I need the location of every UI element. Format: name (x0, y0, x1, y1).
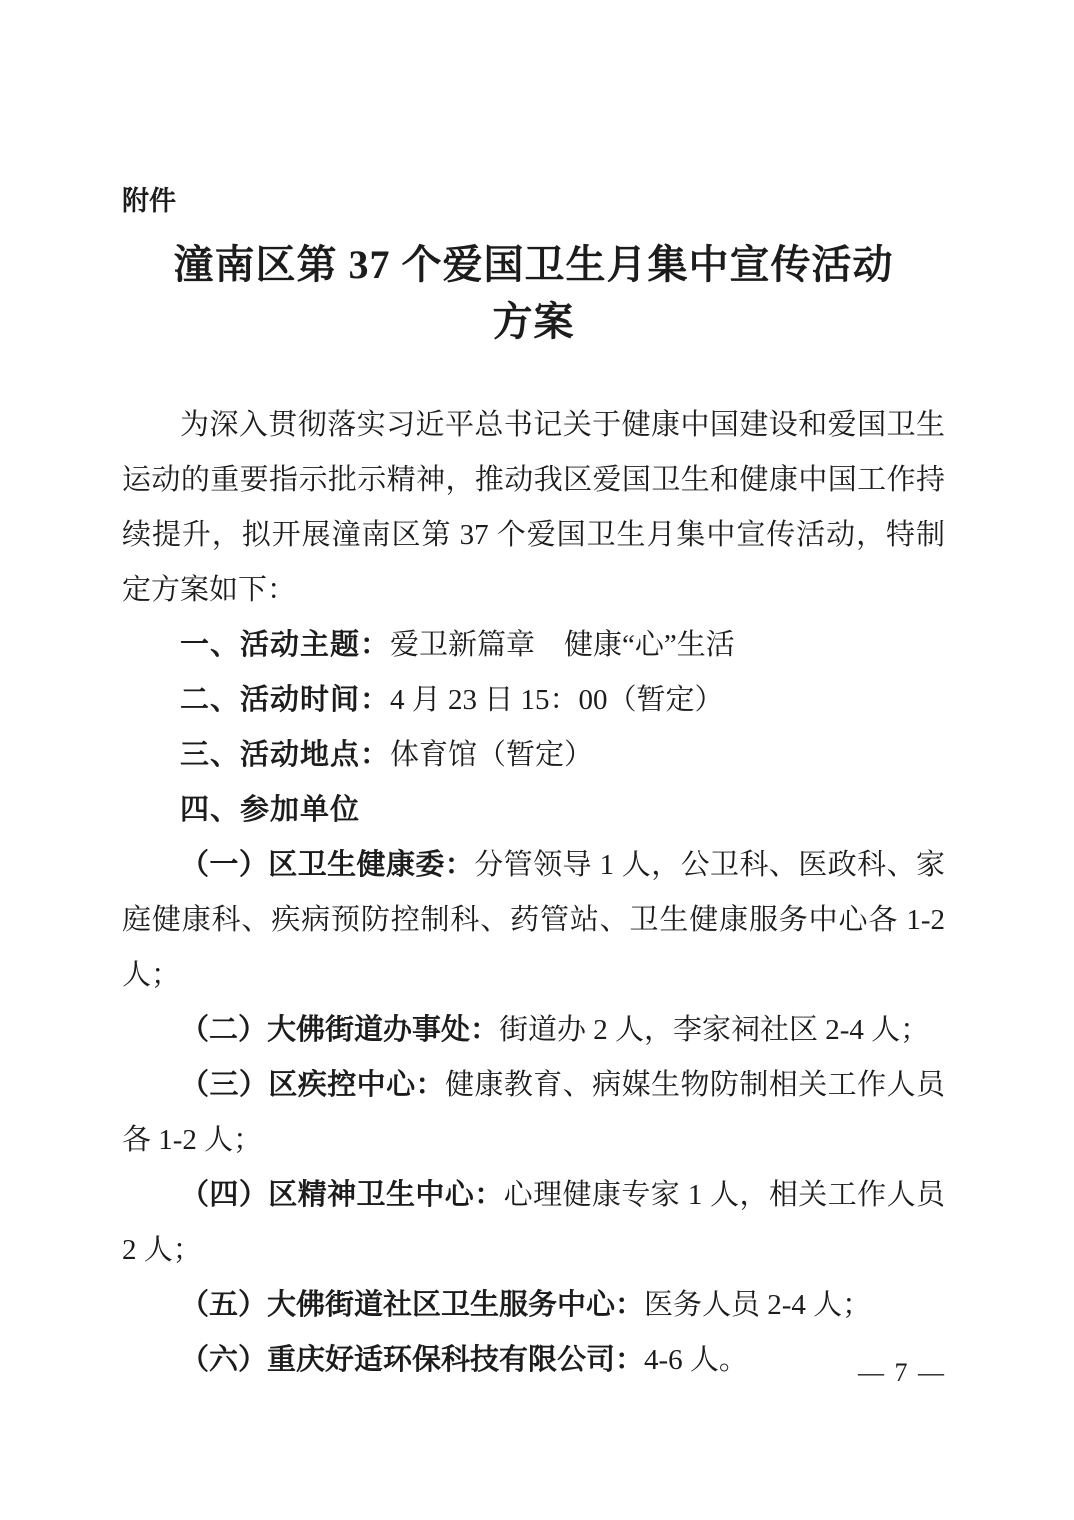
attachment-label: 附件 (122, 186, 945, 216)
unit-value: 4-6 人。 (644, 1344, 748, 1376)
section-participants-label: 四、参加单位 (180, 794, 360, 826)
unit-label: （六）重庆好适环保科技有限公司： (180, 1344, 644, 1376)
document-title: 潼南区第 37 个爱国卫生月集中宣传活动 方案 (122, 236, 945, 350)
unit-item-health-commission: （一）区卫生健康委：分管领导 1 人，公卫科、医政科、家庭健康科、疾病预防控制科… (122, 838, 945, 1003)
unit-label: （四）区精神卫生中心： (180, 1179, 504, 1211)
document-page: 附件 潼南区第 37 个爱国卫生月集中宣传活动 方案 为深入贯彻落实习近平总书记… (0, 0, 1074, 1520)
unit-value: 医务人员 2-4 人； (644, 1289, 871, 1321)
unit-item-environment-company: （六）重庆好适环保科技有限公司：4-6 人。 (122, 1333, 945, 1388)
document-title-line1: 潼南区第 37 个爱国卫生月集中宣传活动 (174, 242, 894, 287)
section-theme: 一、活动主题：爱卫新篇章 健康“心”生活 (122, 618, 945, 673)
section-location-label: 三、活动地点： (180, 739, 390, 771)
document-title-line2: 方案 (493, 299, 575, 344)
unit-label: （一）区卫生健康委： (180, 849, 474, 881)
section-time-label: 二、活动时间： (180, 684, 390, 716)
section-location-value: 体育馆（暂定） (390, 739, 593, 771)
page-number: — 7 — (858, 1358, 946, 1388)
section-location: 三、活动地点：体育馆（暂定） (122, 728, 945, 783)
unit-label: （二）大佛街道办事处： (180, 1014, 499, 1046)
section-theme-label: 一、活动主题： (180, 629, 390, 661)
unit-item-community-health-center: （五）大佛街道社区卫生服务中心：医务人员 2-4 人； (122, 1278, 945, 1333)
section-time: 二、活动时间：4 月 23 日 15：00（暂定） (122, 673, 945, 728)
section-time-value: 4 月 23 日 15：00（暂定） (390, 684, 724, 716)
document-content: 附件 潼南区第 37 个爱国卫生月集中宣传活动 方案 为深入贯彻落实习近平总书记… (122, 0, 945, 1388)
section-theme-value: 爱卫新篇章 健康“心”生活 (390, 629, 735, 661)
unit-label: （三）区疾控中心： (180, 1069, 445, 1101)
unit-label: （五）大佛街道社区卫生服务中心： (180, 1289, 644, 1321)
unit-item-cdc: （三）区疾控中心：健康教育、病媒生物防制相关工作人员各 1-2 人； (122, 1058, 945, 1168)
section-participants: 四、参加单位 (122, 783, 945, 838)
unit-item-mental-health-center: （四）区精神卫生中心：心理健康专家 1 人，相关工作人员 2 人； (122, 1168, 945, 1278)
unit-value: 街道办 2 人，李家祠社区 2-4 人； (499, 1014, 929, 1046)
intro-paragraph: 为深入贯彻落实习近平总书记关于健康中国建设和爱国卫生运动的重要指示批示精神，推动… (122, 398, 945, 618)
unit-item-dafo-street-office: （二）大佛街道办事处：街道办 2 人，李家祠社区 2-4 人； (122, 1003, 945, 1058)
